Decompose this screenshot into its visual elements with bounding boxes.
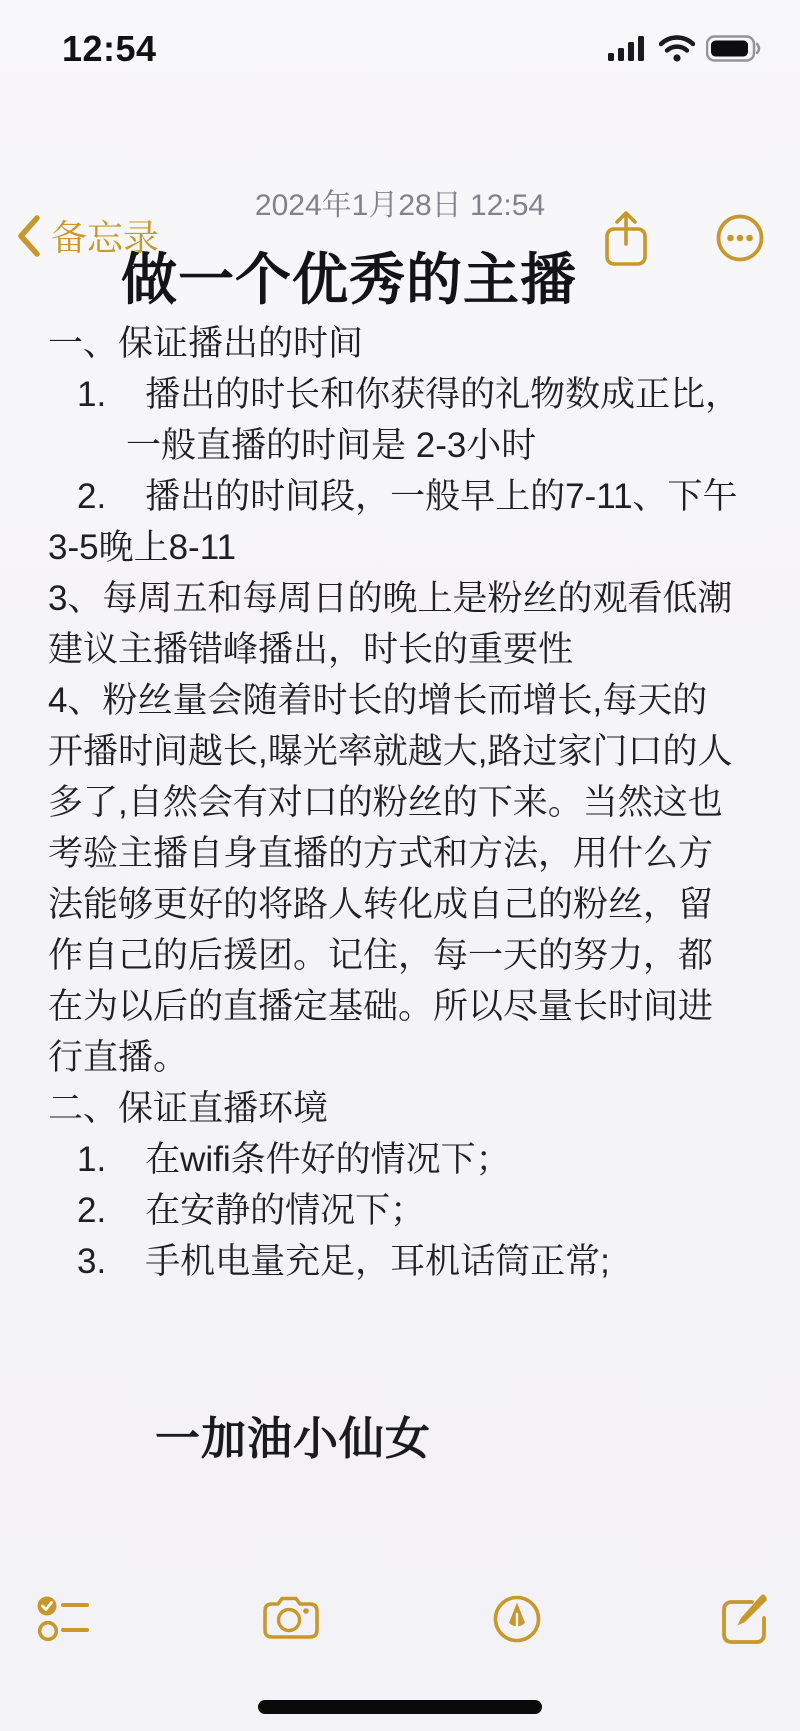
battery-icon	[706, 35, 762, 62]
note-line: 2. 播出的时间段，一般早上的7-11、下午	[48, 471, 788, 522]
notes-app-screen: 12:54	[0, 0, 800, 1731]
note-line: 一、保证播出的时间	[48, 318, 788, 369]
note-line: 3. 手机电量充足，耳机话筒正常;	[48, 1236, 788, 1287]
note-line: 1. 播出的时长和你获得的礼物数成正比，	[48, 369, 788, 420]
compose-button[interactable]	[718, 1592, 770, 1646]
bottom-toolbar	[0, 1588, 800, 1648]
note-line: 3-5晚上8-11	[48, 522, 788, 573]
note-line: 建议主播错峰播出，时长的重要性	[48, 624, 788, 675]
note-line: 多了,自然会有对口的粉丝的下来。当然这也	[48, 777, 788, 828]
checklist-button[interactable]	[36, 1596, 90, 1642]
note-title: 做一个优秀的主播	[121, 236, 577, 316]
note-body[interactable]: 一、保证播出的时间1. 播出的时长和你获得的礼物数成正比，一般直播的时间是 2-…	[48, 318, 788, 1287]
compose-icon	[718, 1592, 770, 1646]
checklist-icon	[36, 1596, 90, 1642]
signal-bars-icon	[608, 34, 648, 62]
note-line: 在为以后的直播定基础。所以尽量长时间进	[48, 981, 788, 1032]
camera-icon	[262, 1596, 320, 1640]
note-line: 二、保证直播环境	[48, 1083, 788, 1134]
wifi-icon	[659, 35, 695, 62]
note-line: 开播时间越长,曝光率就越大,路过家门口的人	[48, 726, 788, 777]
note-signature: 一加油小仙女	[155, 1402, 431, 1467]
home-indicator[interactable]	[258, 1700, 542, 1714]
note-line: 一般直播的时间是 2-3小时	[48, 420, 788, 471]
camera-button[interactable]	[262, 1596, 320, 1640]
note-line: 4、粉丝量会随着时长的增长而增长,每天的	[48, 675, 788, 726]
nav-bar: 备忘录	[0, 100, 800, 172]
markup-button[interactable]	[492, 1594, 542, 1644]
note-line: 行直播。	[48, 1032, 788, 1083]
status-time: 12:54	[62, 28, 157, 70]
note-line: 作自己的后援团。记住，每一天的努力，都	[48, 930, 788, 981]
markup-pen-icon	[492, 1594, 542, 1644]
note-line: 考验主播自身直播的方式和方法，用什么方	[48, 828, 788, 879]
note-date: 2024年1月28日 12:54	[0, 180, 800, 224]
status-bar: 12:54	[0, 0, 800, 80]
note-line: 2. 在安静的情况下；	[48, 1185, 788, 1236]
note-line: 1. 在wifi条件好的情况下；	[48, 1134, 788, 1185]
note-line: 法能够更好的将路人转化成自己的粉丝，留	[48, 879, 788, 930]
note-line: 3、每周五和每周日的晚上是粉丝的观看低潮	[48, 573, 788, 624]
